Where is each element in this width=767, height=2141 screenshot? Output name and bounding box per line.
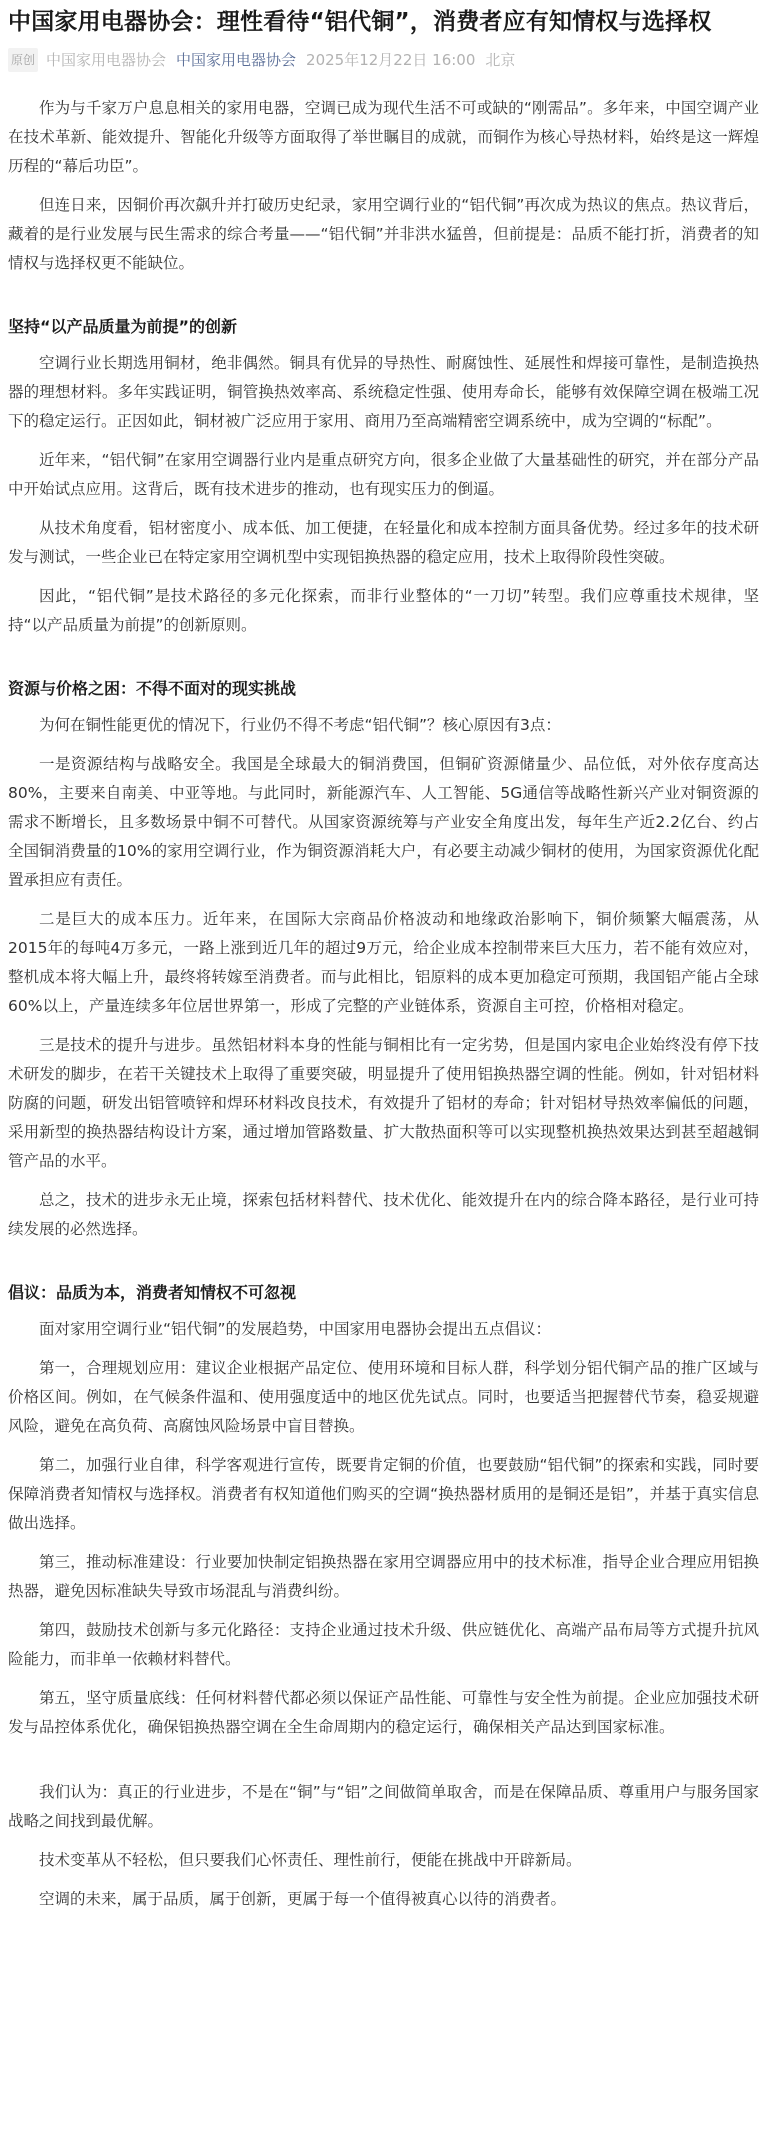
paragraph: 因此，“铝代铜”是技术路径的多元化探索，而非行业整体的“一刀切”转型。我们应尊重… — [8, 582, 759, 640]
paragraph: 空调的未来，属于品质，属于创新，更属于每一个值得被真心以待的消费者。 — [8, 1885, 759, 1914]
section-heading: 倡议：品质为本，消费者知情权不可忽视 — [8, 1278, 759, 1307]
article: 中国家用电器协会：理性看待“铝代铜”，消费者应有知情权与选择权 原创 中国家用电… — [0, 0, 767, 1944]
paragraph: 面对家用空调行业“铝代铜”的发展趋势，中国家用电器协会提出五点倡议： — [8, 1315, 759, 1344]
paragraph: 为何在铜性能更优的情况下，行业仍不得不考虑“铝代铜”？核心原因有3点： — [8, 711, 759, 740]
paragraph: 第五，坚守质量底线：任何材料替代都必须以保证产品性能、可靠性与安全性为前提。企业… — [8, 1684, 759, 1742]
paragraph: 从技术角度看，铝材密度小、成本低、加工便捷，在轻量化和成本控制方面具备优势。经过… — [8, 514, 759, 572]
paragraph: 作为与千家万户息息相关的家用电器，空调已成为现代生活不可或缺的“刚需品”。多年来… — [8, 94, 759, 181]
publish-date: 2025年12月22日 16:00 — [306, 49, 475, 71]
paragraph: 三是技术的提升与进步。虽然铝材料本身的性能与铜相比有一定劣势，但是国内家电企业始… — [8, 1031, 759, 1176]
paragraph: 但连日来，因铜价再次飙升并打破历史纪录，家用空调行业的“铝代铜”再次成为热议的焦… — [8, 191, 759, 278]
section-heading: 资源与价格之困：不得不面对的现实挑战 — [8, 674, 759, 703]
article-meta: 原创 中国家用电器协会 中国家用电器协会 2025年12月22日 16:00 北… — [8, 48, 759, 72]
article-title: 中国家用电器协会：理性看待“铝代铜”，消费者应有知情权与选择权 — [8, 6, 759, 38]
publish-location: 北京 — [485, 49, 515, 71]
paragraph: 第一，合理规划应用：建议企业根据产品定位、使用环境和目标人群，科学划分铝代铜产品… — [8, 1354, 759, 1441]
paragraph: 第二，加强行业自律，科学客观进行宣传，既要肯定铜的价值，也要鼓励“铝代铜”的探索… — [8, 1451, 759, 1538]
section-heading: 坚持“以产品质量为前提”的创新 — [8, 312, 759, 341]
paragraph: 近年来，“铝代铜”在家用空调器行业内是重点研究方向，很多企业做了大量基础性的研究… — [8, 446, 759, 504]
paragraph: 总之，技术的进步永无止境，探索包括材料替代、技术优化、能效提升在内的综合降本路径… — [8, 1186, 759, 1244]
paragraph: 二是巨大的成本压力。近年来，在国际大宗商品价格波动和地缘政治影响下，铜价频繁大幅… — [8, 905, 759, 1021]
paragraph: 第三，推动标准建设：行业要加快制定铝换热器在家用空调器应用中的技术标准，指导企业… — [8, 1548, 759, 1606]
paragraph: 我们认为：真正的行业进步，不是在“铜”与“铝”之间做简单取舍，而是在保障品质、尊… — [8, 1778, 759, 1836]
paragraph: 第四，鼓励技术创新与多元化路径：支持企业通过技术升级、供应链优化、高端产品布局等… — [8, 1616, 759, 1674]
paragraph: 空调行业长期选用铜材，绝非偶然。铜具有优异的导热性、耐腐蚀性、延展性和焊接可靠性… — [8, 349, 759, 436]
original-badge: 原创 — [8, 48, 38, 72]
account-link[interactable]: 中国家用电器协会 — [176, 49, 296, 71]
paragraph: 一是资源结构与战略安全。我国是全球最大的铜消费国，但铜矿资源储量少、品位低，对外… — [8, 750, 759, 895]
spacer — [8, 1752, 759, 1778]
paragraph: 技术变革从不轻松，但只要我们心怀责任、理性前行，便能在挑战中开辟新局。 — [8, 1846, 759, 1875]
author-name: 中国家用电器协会 — [46, 49, 166, 71]
